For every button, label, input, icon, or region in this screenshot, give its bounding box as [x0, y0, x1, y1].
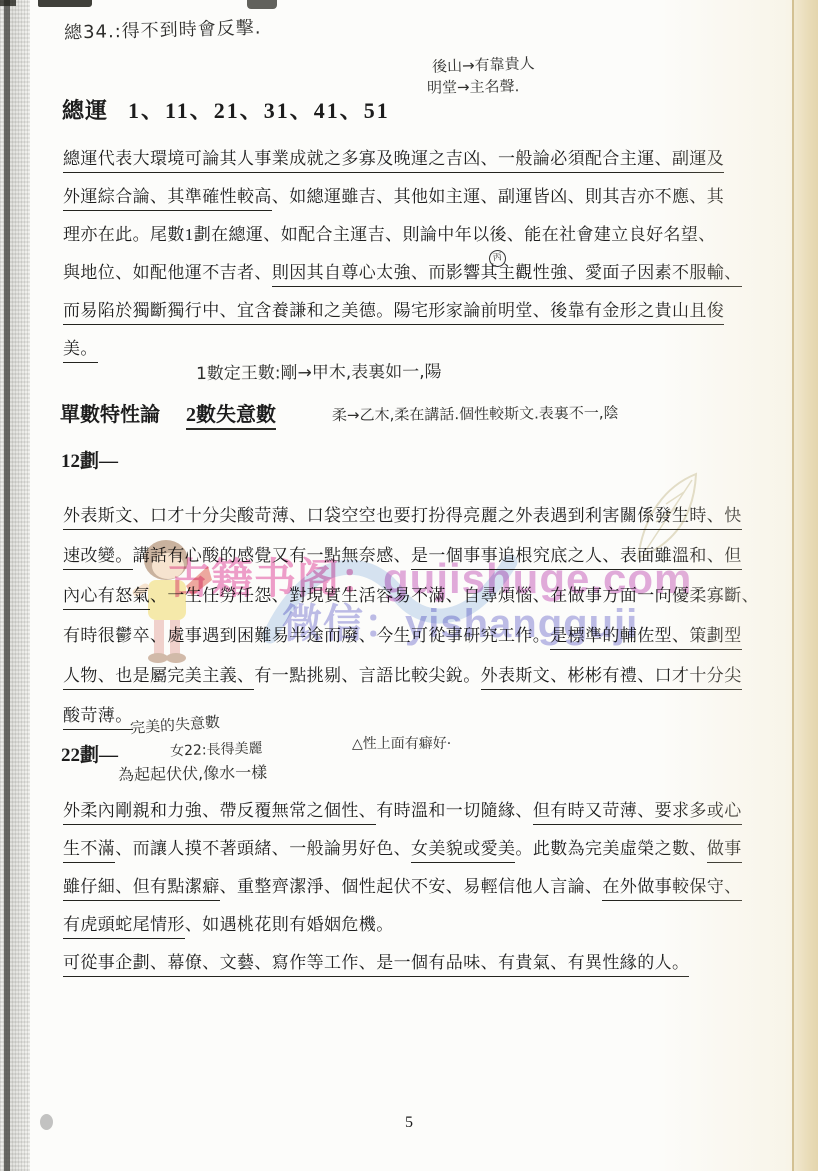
text-segment: 外運綜合論、其準確性較高 [63, 187, 272, 211]
text-segment: 、而讓人摸不著頭緒、一般論男好色、 [115, 839, 411, 858]
scan-edge-right [792, 0, 818, 1171]
text-segment: 則因其自尊心太強、而影響其主觀性強、愛面子因素不服輸、 [272, 263, 742, 287]
text-segment: 。此數為完美虛榮之數、 [515, 839, 706, 858]
scanned-book-page: 總34.:得不到時會反擊. 後山→有靠貴人 明堂→主名聲. 總運1、11、21、… [0, 0, 818, 1171]
text-segment: 講話有心酸的感覺又有一點無奈感、 [133, 546, 411, 565]
text-segment: 生不滿 [63, 839, 115, 863]
handwritten-note-22-b: 女22:長得美麗 [170, 737, 263, 760]
paragraph-line: 生不滿、而讓人摸不著頭緒、一般論男好色、女美貌或愛美。此數為完美虛榮之數、做事 [63, 830, 775, 868]
paragraph-line: 總運代表大環境可論其人事業成就之多寡及晚運之吉凶、一般論必須配合主運、副運及 [63, 140, 775, 178]
text-segment: 是一個事事追根究底之人、表面雖溫和、但 [411, 546, 742, 570]
handwritten-note-top-left: 總34.:得不到時會反擊. [64, 13, 262, 44]
paragraph-zongyun: 總運代表大環境可論其人事業成就之多寡及晚運之吉凶、一般論必須配合主運、副運及外運… [63, 140, 775, 368]
text-segment: 但有時又苛薄、要求多或心 [533, 801, 742, 825]
text-segment: 外柔內剛親和力強、帶反覆無常之個性、 [63, 801, 376, 825]
paragraph-line: 可從事企劃、幕僚、文藝、寫作等工作、是一個有品味、有貴氣、有異性緣的人。 [63, 944, 775, 982]
text-segment: 美。 [63, 339, 98, 363]
heading-22-strokes: 22劃— [61, 740, 118, 767]
text-segment: 陽宅形家論前明堂、後靠有金形之貴山且俊 [394, 301, 725, 325]
handwritten-note-22-d: 為起起伏伏,像水一樣 [118, 760, 267, 786]
text-segment: 可從事企劃、幕僚、文藝、寫作等工作、是一個有品味、有貴氣、有異性緣的人。 [63, 953, 689, 977]
heading-section: 單數特性論2數失意數 [60, 398, 276, 427]
text-segment: 遇到利害關係發生時、快 [550, 506, 741, 530]
paragraph-line: 而易陷於獨斷獨行中、宜含養謙和之美德。陽宅形家論前明堂、後靠有金形之貴山且俊 [63, 292, 775, 330]
heading-12-strokes: 12劃— [61, 446, 118, 473]
handwritten-note-number1: 1數定王數:剛→甲木,表裏如一,陽 [196, 357, 442, 384]
paragraph-line: 外表斯文、口才十分尖酸苛薄、口袋空空也要打扮得亮麗之外表遇到利害關係發生時、快 [63, 496, 775, 536]
text-segment: 速改變。 [63, 546, 133, 570]
text-segment: 做事 [707, 839, 742, 863]
paragraph-line: 內心有怒氣、一生任勞任怨、對現實生活容易不滿、自尋煩惱、在做事方面一向優柔寡斷、 [63, 576, 775, 616]
paragraph-line: 速改變。講話有心酸的感覺又有一點無奈感、是一個事事追根究底之人、表面雖溫和、但 [63, 536, 775, 576]
text-segment: 在外做事較保守、 [602, 877, 741, 901]
handwritten-note-22-c: △性上面有癖好· [352, 733, 451, 753]
scan-binding-line [4, 0, 10, 1171]
paragraph-22-careers: 可從事企劃、幕僚、文藝、寫作等工作、是一個有品味、有貴氣、有異性緣的人。 [63, 944, 775, 982]
paragraph-line: 與地位、如配他運不吉者、則因其自尊心太強、而影響其主觀性強、愛面子因素不服輸、 [63, 254, 775, 292]
text-segment: 酸苛薄。 [63, 706, 133, 730]
text-segment: 外表斯文、彬彬有禮、口才十分尖 [481, 666, 742, 690]
text-segment: 有一點挑剔、言語比較尖銳。 [254, 666, 480, 685]
paragraph-line: 有虎頭蛇尾情形、如遇桃花則有婚姻危機。 [63, 906, 775, 944]
heading-number2-label: 2數失意數 [186, 404, 276, 430]
text-segment: 與地位、如配他運不吉者、 [63, 263, 272, 282]
text-segment: 總運代表大環境可論其人事業成就之多寡及晚運之吉凶、一般論必須配合主運、副運及 [63, 149, 724, 173]
text-segment: 有時溫和一切隨緣、 [376, 801, 533, 820]
heading-zongyun-label: 總運 [62, 98, 108, 123]
text-segment: 雖仔細、但有點潔癖 [63, 877, 220, 901]
text-segment: 有虎頭蛇尾情形 [63, 915, 185, 939]
scan-smudge-bottom-left [40, 1114, 53, 1130]
paragraph-line: 雖仔細、但有點潔癖、重整齊潔淨、個性起伏不安、易輕信他人言論、在外做事較保守、 [63, 868, 775, 906]
scan-smudge-corner [0, 0, 16, 6]
paragraph-line: 理亦在此。尾數1劃在總運、如配合主運吉、則論中年以後、能在社會建立良好名望、 [63, 216, 775, 254]
text-segment: 理亦在此。尾數1劃在總運、如配合主運吉、則論中年以後、能在社會建立良好名望、 [63, 225, 716, 244]
text-segment: 外表斯文、口才十分尖酸苛薄、口袋空空也要打扮得亮麗之外表 [63, 506, 550, 530]
text-segment: 內心有怒氣 [63, 586, 150, 610]
handwritten-note-top-right-line1: 後山→有靠貴人 [432, 52, 535, 77]
page-number: 5 [0, 1114, 818, 1132]
paragraph-line: 外運綜合論、其準確性較高、如總運雖吉、其他如主運、副運皆凶、則其吉亦不應、其 [63, 178, 775, 216]
paragraph-line: 人物、也是屬完美主義、有一點挑剔、言語比較尖銳。外表斯文、彬彬有禮、口才十分尖 [63, 656, 775, 696]
paragraph-line: 有時很鬱卒、處事遇到困難易半途而廢、今生可從事研究工作。是標準的輔佐型、策劃型 [63, 616, 775, 656]
paragraph-22-strokes: 外柔內剛親和力強、帶反覆無常之個性、有時溫和一切隨緣、但有時又苛薄、要求多或心生… [63, 792, 775, 944]
paragraph-12-strokes: 外表斯文、口才十分尖酸苛薄、口袋空空也要打扮得亮麗之外表遇到利害關係發生時、快速… [63, 496, 775, 736]
text-segment: 、一生任勞任怨、對現實生活容易不滿、自尋煩惱、在做事方面一向優柔寡斷、 [150, 586, 759, 605]
text-segment: 、如遇桃花則有婚姻危機。 [185, 915, 394, 934]
scan-smudge-top-2 [247, 0, 277, 9]
text-segment: 有時很鬱卒、處事遇到困難易半途而廢、今生可從事研究工作。 [63, 626, 550, 645]
scan-smudge-top-1 [38, 0, 92, 7]
heading-zongyun-numbers: 1、11、21、31、41、51 [128, 98, 390, 123]
text-segment: 、重整齊潔淨、個性起伏不安、易輕信他人言論、 [220, 877, 603, 896]
handwritten-note-top-right-line2: 明堂→主名聲. [427, 75, 520, 98]
text-segment: 而易陷於獨斷獨行中、宜含養謙和之美德。 [63, 301, 394, 325]
heading-zongyun: 總運1、11、21、31、41、51 [62, 94, 390, 125]
text-segment: 人物、也是屬完美主義、 [63, 666, 254, 690]
text-segment: 、如總運雖吉、其他如主運、副運皆凶、則其吉亦不應、其 [272, 187, 724, 206]
text-segment: 是標準的輔佐型、策劃型 [550, 626, 741, 650]
text-segment: 女美貌或愛美 [411, 839, 515, 863]
paragraph-line: 外柔內剛親和力強、帶反覆無常之個性、有時溫和一切隨緣、但有時又苛薄、要求多或心 [63, 792, 775, 830]
handwritten-note-number2: 柔→乙木,柔在講話.個性較斯文.表裏不一,陰 [332, 402, 619, 426]
heading-section-label: 單數特性論 [60, 404, 160, 426]
